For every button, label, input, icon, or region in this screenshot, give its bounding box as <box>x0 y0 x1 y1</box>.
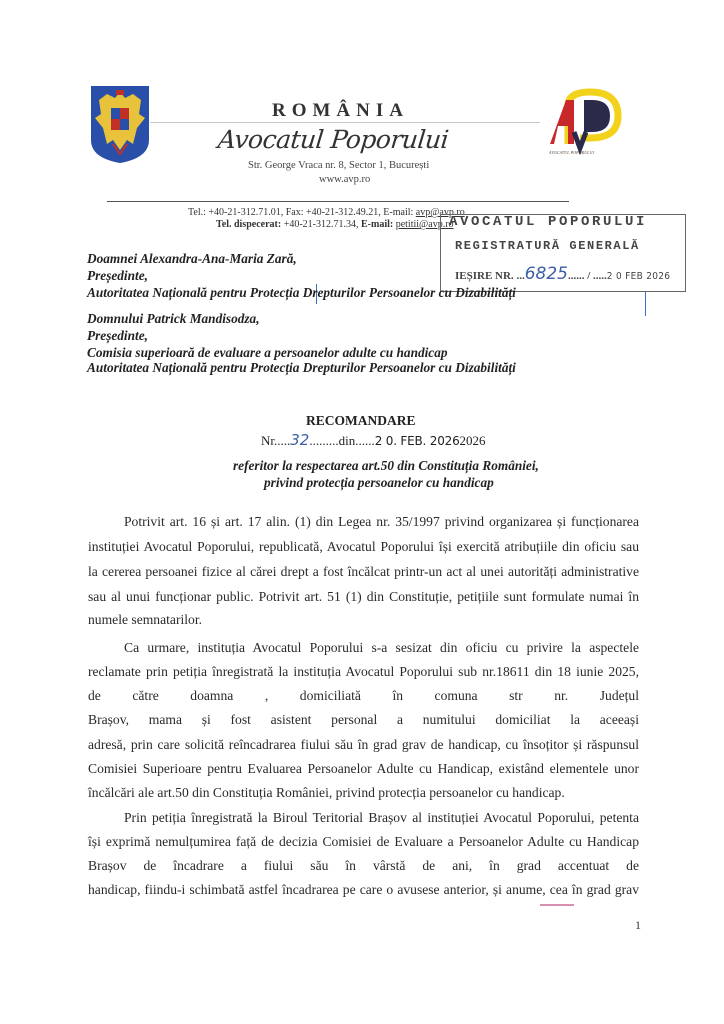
institution-website[interactable]: www.avp.ro <box>319 174 370 185</box>
paragraph-3-line: Brașov de încadrare a fiului său în vârs… <box>88 858 639 874</box>
logo-caption: AVOCATUL POPORULUI <box>549 150 594 155</box>
paragraph-1-line: instituției Avocatul Poporului, republic… <box>88 539 639 555</box>
paragraph-2-line: reclamate prin petiția înregistrată la i… <box>88 664 639 680</box>
stamp-registry: REGISTRATURĂ GENERALĂ <box>455 239 640 253</box>
paragraph-3-line: Prin petiția înregistrată la Biroul Teri… <box>124 810 639 826</box>
header-divider <box>150 122 540 123</box>
stamp-date: 2 0 FEB 2026 <box>607 271 671 282</box>
paragraph-2-line: încălcări ale art.50 din Constituția Rom… <box>88 785 639 801</box>
recommendation-number: 32 <box>290 431 309 449</box>
paragraph-2-line: Comisiei Superioare pentru Evaluarea Per… <box>88 761 639 777</box>
contact-line-phone-fax: Tel.: +40-21-312.71.01, Fax: +40-21-312.… <box>188 207 465 218</box>
paragraph-2-line: Ca urmare, instituția Avocatul Poporului… <box>124 640 639 656</box>
addressee-2-role: Președinte, <box>87 328 148 344</box>
romania-coat-of-arms-icon <box>89 84 151 164</box>
pen-mark <box>645 292 646 316</box>
stamp-exit-label: IEȘIRE NR. <box>455 270 514 282</box>
addressee-2-name: Domnului Patrick Mandisodza, <box>87 311 260 327</box>
recommendation-subtitle-2: privind protecția persoanelor cu handica… <box>264 475 494 491</box>
paragraph-3-line: handicap, fiindu-i schimbată astfel înca… <box>88 882 639 898</box>
stamp-exit-line: IEȘIRE NR. ...6825...... / .....2 0 FEB … <box>455 264 670 284</box>
contact-phone-fax-text: Tel.: +40-21-312.71.01, Fax: +40-21-312.… <box>188 207 416 218</box>
petition-email-label: E-mail: <box>361 219 396 230</box>
recommendation-subtitle-1: referitor la respectarea art.50 din Cons… <box>233 458 539 474</box>
paragraph-1-line: la cererea persoanei fizice al cărei dre… <box>88 564 639 580</box>
paragraph-2-line: Brașov, mama și fost asistent personal a… <box>88 712 639 728</box>
registry-stamp: AVOCATUL POPORULUI REGISTRATURĂ GENERALĂ… <box>440 214 686 292</box>
stamp-institution: AVOCATUL POPORULUI <box>449 214 647 230</box>
paragraph-1-line: sau al unui funcționar public. Potrivit … <box>88 589 639 605</box>
highlight-underline <box>540 904 574 906</box>
recommendation-number-line: Nr.....32.........din......2 0. FEB. 202… <box>261 431 486 449</box>
nr-label: Nr <box>261 433 274 448</box>
country-title: ROMÂNIA <box>272 100 409 122</box>
paragraph-2-line: adresă, prin care solicită reîncadrarea … <box>88 737 639 753</box>
paragraph-2-line: de către doamna , domiciliată în comuna … <box>88 688 639 704</box>
contact-divider <box>107 201 569 202</box>
din-label: din <box>339 433 356 448</box>
paragraph-1-line: Potrivit art. 16 și art. 17 alin. (1) di… <box>124 514 639 530</box>
addressee-1-role: Președinte, <box>87 268 148 284</box>
addressee-2-commission: Comisia superioară de evaluare a persoan… <box>87 345 448 361</box>
page-number: 1 <box>635 918 641 933</box>
paragraph-3-line: își exprimă nemulțumirea față de decizia… <box>88 834 639 850</box>
recommendation-title: RECOMANDARE <box>306 413 416 429</box>
addressee-1-name: Doamnei Alexandra-Ana-Maria Zară, <box>87 251 297 267</box>
institution-title: Avocatul Poporului <box>216 125 449 154</box>
recommendation-date-stamp: 2 0. FEB. 2026 <box>375 434 460 448</box>
addressee-1-org: Autoritatea Națională pentru Protecția D… <box>87 285 516 301</box>
addressee-2-org: Autoritatea Națională pentru Protecția D… <box>87 360 516 376</box>
recommendation-year: 2026 <box>460 433 486 448</box>
paragraph-1-line: numele semnatarilor. <box>88 612 639 628</box>
institution-address: Str. George Vraca nr. 8, Sector 1, Bucur… <box>248 160 429 171</box>
dispatch-phone: +40-21-312.71.34, <box>284 219 361 230</box>
stamp-exit-number: 6825 <box>525 264 568 284</box>
contact-line-dispatch: Tel. dispecerat: +40-21-312.71.34, E-mai… <box>216 219 454 230</box>
dispatch-label: Tel. dispecerat: <box>216 219 284 230</box>
